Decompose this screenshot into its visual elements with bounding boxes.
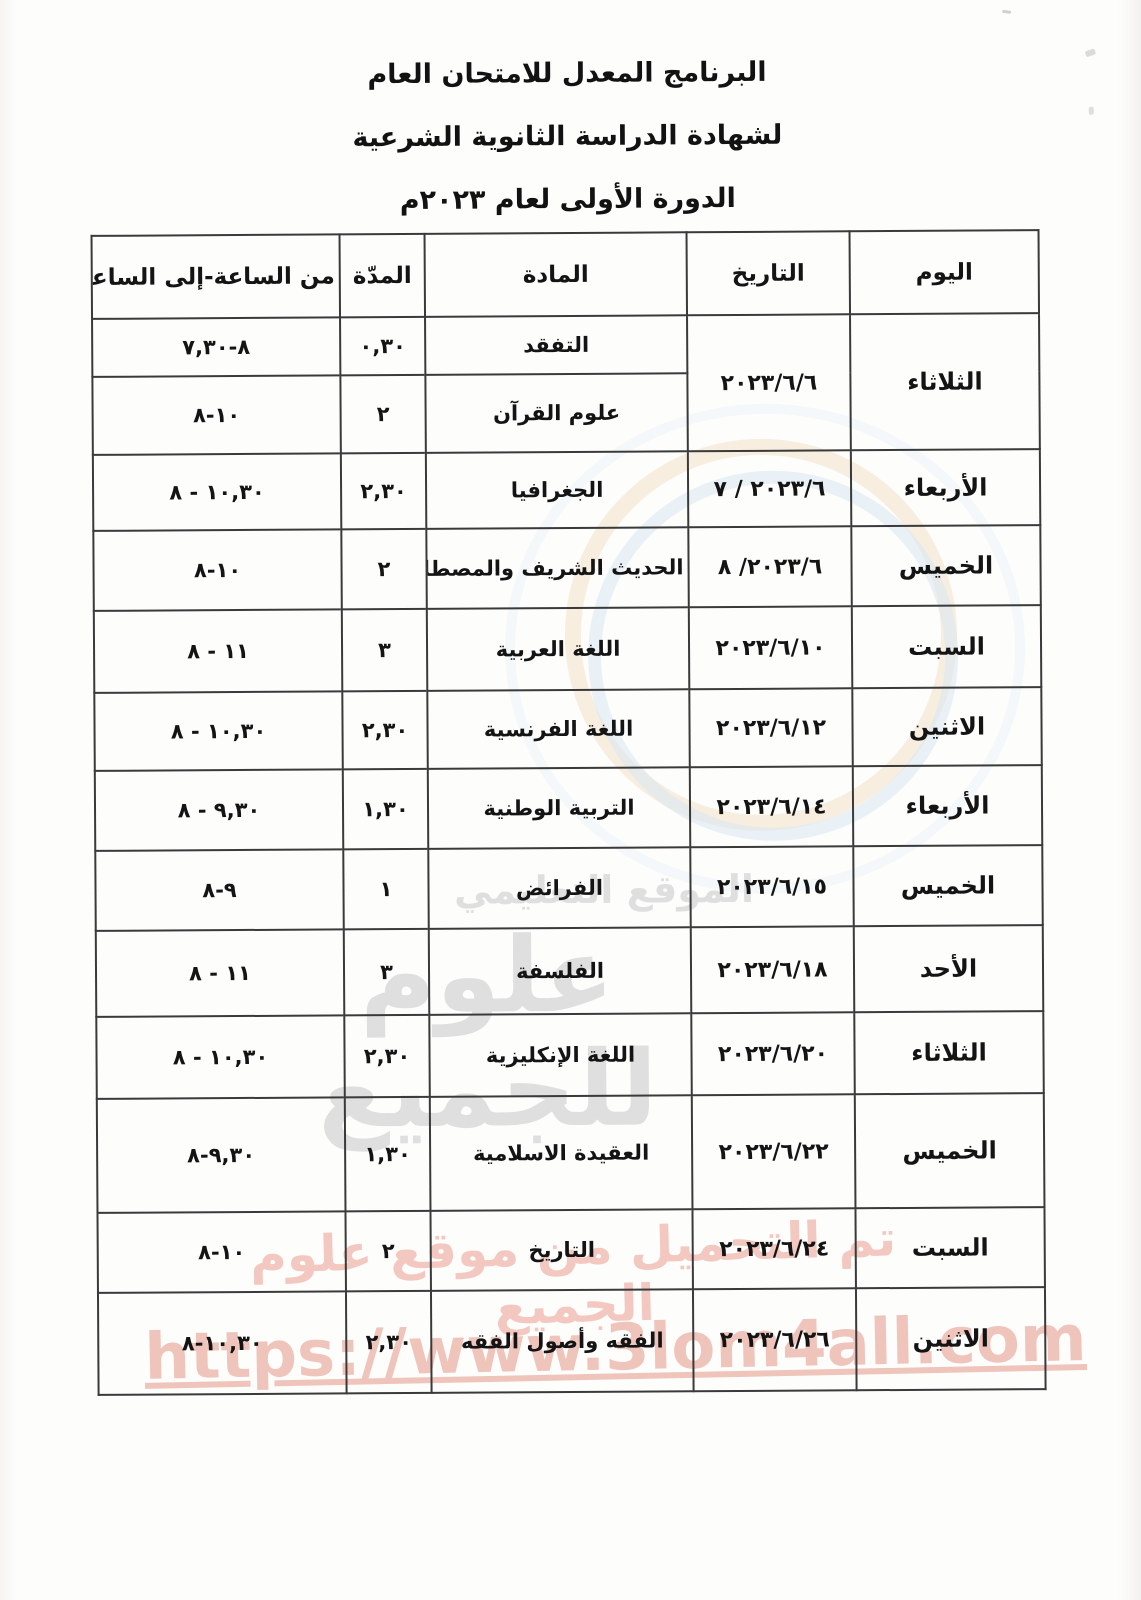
duration-cell: ٢,٣٠: [342, 691, 427, 770]
table-row: الثلاثاء٢٠٢٣/٦/٦التفقد٠,٣٠٨-٧,٣٠: [92, 313, 1039, 377]
subject-cell: الفقه وأصول الفقه: [431, 1289, 694, 1393]
time-cell: ١٠,٣٠ - ٨: [93, 453, 341, 531]
date-cell: ٢٠٢٣/٦/٢٤: [692, 1208, 855, 1289]
day-cell: السبت: [855, 1207, 1044, 1288]
subject-cell: اللغة الفرنسية: [427, 689, 689, 769]
table-row: الأحد٢٠٢٣/٦/١٨الفلسفة٣١١ - ٨: [96, 925, 1044, 1017]
time-cell: ٨-٧,٣٠: [92, 317, 340, 377]
subject-cell: الحديث الشريف والمصطلح: [426, 527, 688, 609]
title-line-1: البرنامج المعدل للامتحان العام: [0, 39, 1138, 109]
day-cell: الأربعاء: [853, 765, 1042, 846]
subject-cell: الفلسفة: [429, 927, 692, 1015]
time-cell: ٩-٨: [95, 849, 343, 931]
table-row: الأربعاء٢٠٢٣/٦/١٤التربية الوطنية١,٣٠٩,٣٠…: [95, 765, 1042, 851]
subject-cell: الفرائض: [428, 847, 690, 929]
date-cell: ٢٠٢٣/٦/١٤: [690, 766, 853, 847]
title-line-3: الدورة الأولى لعام ٢٠٢٣م: [0, 165, 1138, 235]
table-row: الاثنين٢٠٢٣/٦/١٢اللغة الفرنسية٢,٣٠١٠,٣٠ …: [94, 687, 1041, 771]
day-cell: الخميس: [855, 1093, 1045, 1208]
date-cell: ٢٠٢٣/٦/٢٠: [691, 1012, 854, 1095]
date-cell: ٢٠٢٣/٦/٦: [687, 314, 851, 451]
time-cell: ٩,٣٠ - ٨: [95, 769, 343, 851]
exam-schedule-table: اليوم التاريخ المادة المدّة من الساعة-إل…: [91, 229, 1047, 1396]
day-cell: الثلاثاء: [854, 1011, 1043, 1094]
subject-cell: العقيدة الاسلامية: [430, 1095, 693, 1211]
duration-cell: ١,٣٠: [345, 1097, 431, 1212]
subject-cell: اللغة العربية: [427, 607, 689, 691]
duration-cell: ٢,٣٠: [341, 453, 426, 530]
header-duration: المدّة: [340, 234, 426, 318]
table-row: الخميس٢٠٢٣/٦/١٥الفرائض١٩-٨: [95, 845, 1042, 931]
duration-cell: ٢: [340, 375, 425, 454]
duration-cell: ٢,٣٠: [344, 1015, 429, 1098]
date-cell: ٢٠٢٣/٦ / ٧: [688, 450, 851, 527]
header-subject: المادة: [425, 232, 688, 317]
subject-cell: التفقد: [425, 315, 687, 375]
header-time: من الساعة-إلى الساعة: [92, 234, 341, 319]
header-day: اليوم: [850, 230, 1040, 314]
table-row: الاثنين٢٠٢٣/٦/٢٦الفقه وأصول الفقه٢,٣٠١٠,…: [98, 1287, 1046, 1395]
time-cell: ٩,٣٠-٨: [97, 1097, 346, 1213]
duration-cell: ٢: [345, 1211, 430, 1292]
date-cell: ٢٠٢٣/٦/٢٢: [692, 1094, 856, 1209]
time-cell: ١٠-٨: [97, 1211, 345, 1293]
time-cell: ١١ - ٨: [94, 609, 342, 693]
ink-layer: البرنامج المعدل للامتحان العام لشهادة ال…: [0, 0, 1141, 1600]
time-cell: ١٠,٣٠ - ٨: [94, 691, 342, 771]
day-cell: الأربعاء: [851, 449, 1040, 526]
document-sheet: الموقع التعليمي علوم للجميع تم التحميل م…: [0, 0, 1141, 1600]
duration-cell: ١: [343, 849, 428, 930]
date-cell: ٢٠٢٣/٦/٢٦: [693, 1288, 857, 1391]
subject-cell: الجغرافيا: [426, 451, 688, 529]
duration-cell: ١,٣٠: [343, 769, 428, 850]
time-cell: ١٠-٨: [92, 375, 340, 455]
time-cell: ١٠,٣٠-٨: [98, 1291, 347, 1395]
day-cell: الثلاثاء: [850, 313, 1040, 450]
header-date: التاريخ: [687, 231, 851, 315]
day-cell: الأحد: [854, 925, 1044, 1012]
date-cell: ٢٠٢٣/٦/١٥: [690, 846, 853, 927]
table-row: الخميس٢٠٢٣/٦/ ٨الحديث الشريف والمصطلح٢١٠…: [93, 525, 1040, 611]
table-row: السبت٢٠٢٣/٦/٢٤التاريخ٢١٠-٨: [97, 1207, 1044, 1293]
table-row: الخميس٢٠٢٣/٦/٢٢العقيدة الاسلامية١,٣٠٩,٣٠…: [97, 1093, 1045, 1213]
date-cell: ٢٠٢٣/٦/١٠: [689, 606, 852, 689]
exam-table-body: الثلاثاء٢٠٢٣/٦/٦التفقد٠,٣٠٨-٧,٣٠علوم الق…: [92, 313, 1046, 1395]
time-cell: ١٠,٣٠ - ٨: [96, 1015, 344, 1099]
subject-cell: اللغة الإنكليزية: [429, 1013, 691, 1097]
subject-cell: علوم القرآن: [425, 373, 687, 453]
day-cell: الخميس: [851, 525, 1040, 606]
day-cell: الخميس: [853, 845, 1042, 926]
date-cell: ٢٠٢٣/٦/١٢: [689, 688, 852, 767]
subject-cell: التربية الوطنية: [428, 767, 690, 849]
date-cell: ٢٠٢٣/٦/ ٨: [688, 526, 851, 607]
document-title: البرنامج المعدل للامتحان العام لشهادة ال…: [0, 39, 1138, 235]
duration-cell: ٠,٣٠: [340, 317, 425, 376]
table-row: الأربعاء٢٠٢٣/٦ / ٧الجغرافيا٢,٣٠١٠,٣٠ - ٨: [93, 449, 1040, 531]
duration-cell: ٣: [342, 609, 427, 692]
subject-cell: التاريخ: [430, 1209, 692, 1291]
duration-cell: ٣: [344, 929, 430, 1016]
table-row: السبت٢٠٢٣/٦/١٠اللغة العربية٣١١ - ٨: [94, 605, 1041, 693]
duration-cell: ٢: [341, 529, 426, 610]
duration-cell: ٢,٣٠: [346, 1291, 432, 1394]
time-cell: ١١ - ٨: [96, 929, 345, 1017]
scanned-exam-schedule-page: { "page": { "title_lines": [ "البرنامج ا…: [0, 0, 1141, 1600]
date-cell: ٢٠٢٣/٦/١٨: [691, 926, 855, 1013]
title-line-2: لشهادة الدراسة الثانوية الشرعية: [0, 102, 1138, 172]
table-header-row: اليوم التاريخ المادة المدّة من الساعة-إل…: [92, 230, 1039, 319]
day-cell: السبت: [852, 605, 1041, 688]
day-cell: الاثنين: [852, 687, 1041, 766]
day-cell: الاثنين: [856, 1287, 1046, 1390]
table-row: الثلاثاء٢٠٢٣/٦/٢٠اللغة الإنكليزية٢,٣٠١٠,…: [96, 1011, 1043, 1099]
scan-content: الموقع التعليمي علوم للجميع تم التحميل م…: [0, 0, 1141, 1600]
time-cell: ١٠-٨: [93, 529, 341, 611]
